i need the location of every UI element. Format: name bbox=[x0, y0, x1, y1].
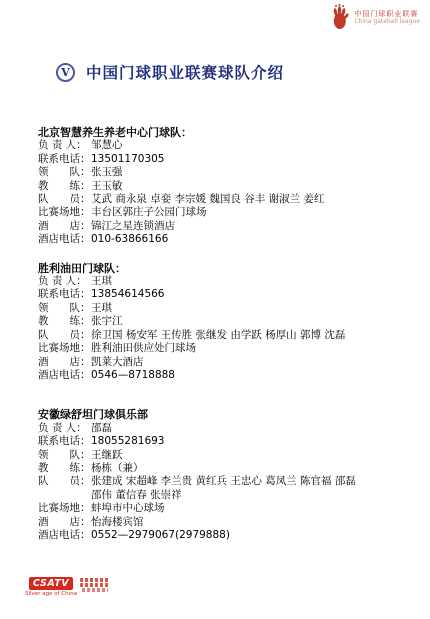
info-label: 酒店电话： bbox=[38, 369, 91, 382]
league-logo-en: China gateball league bbox=[354, 18, 420, 26]
team-section: 北京智慧养生养老中心门球队：负 责 人：邹慧心联系电话：13501170305领… bbox=[38, 126, 408, 247]
info-row: 领 队：张玉强 bbox=[38, 166, 408, 179]
team-section: 安徽绿舒坦门球俱乐部负 责 人：邵磊联系电话：18055281693领 队：王继… bbox=[38, 408, 408, 542]
info-label: 领 队： bbox=[38, 302, 91, 315]
info-value: 王玉敏 bbox=[91, 180, 408, 193]
info-row: 教 练：王玉敏 bbox=[38, 180, 408, 193]
info-value: 蚌埠市中心球场 bbox=[91, 502, 408, 515]
info-value: 张建成 宋超峰 李兰贵 黄红兵 王忠心 葛凤兰 陈官福 邵磊 邵伟 董信春 张崇… bbox=[91, 475, 408, 502]
info-label: 教 练： bbox=[38, 315, 91, 328]
info-value: 13854614566 bbox=[91, 288, 408, 301]
team-name: 北京智慧养生养老中心门球队： bbox=[38, 126, 408, 139]
info-value: 胜利油田供应处门球场 bbox=[91, 342, 408, 355]
info-row: 领 队：王琪 bbox=[38, 302, 408, 315]
info-value: 张宇江 bbox=[91, 315, 408, 328]
info-label: 队 员： bbox=[38, 193, 91, 206]
info-label: 比赛场地： bbox=[38, 502, 91, 515]
info-label: 联系电话： bbox=[38, 288, 91, 301]
info-row: 队 员：张建成 宋超峰 李兰贵 黄红兵 王忠心 葛凤兰 陈官福 邵磊 邵伟 董信… bbox=[38, 475, 408, 502]
team-section: 胜利油田门球队：负 责 人：王琪联系电话：13854614566领 队：王琪教 … bbox=[38, 262, 408, 383]
info-value: 0546—8718888 bbox=[91, 369, 408, 382]
info-value: 王继跃 bbox=[91, 449, 408, 462]
info-label: 队 员： bbox=[38, 329, 91, 342]
info-row: 队 员：艾武 商永泉 卓娈 李宗媛 魏国良 谷丰 谢淑兰 姜红 bbox=[38, 193, 408, 206]
info-row: 负 责 人：邵磊 bbox=[38, 422, 408, 435]
info-label: 比赛场地： bbox=[38, 342, 91, 355]
csatv-logo: CSATV Silver age of China bbox=[25, 577, 110, 598]
team-name: 安徽绿舒坦门球俱乐部 bbox=[38, 408, 408, 421]
league-logo-cn: 中国门球职业联赛 bbox=[354, 10, 420, 18]
info-row: 比赛场地：丰台区郭庄子公园门球场 bbox=[38, 206, 408, 219]
info-label: 比赛场地： bbox=[38, 206, 91, 219]
info-row: 联系电话：13854614566 bbox=[38, 288, 408, 301]
info-value: 张玉强 bbox=[91, 166, 408, 179]
info-value: 邵磊 bbox=[91, 422, 408, 435]
info-value: 王琪 bbox=[91, 302, 408, 315]
info-row: 酒店电话：0546—8718888 bbox=[38, 369, 408, 382]
info-label: 联系电话： bbox=[38, 153, 91, 166]
info-row: 领 队：王继跃 bbox=[38, 449, 408, 462]
team-name: 胜利油田门球队： bbox=[38, 262, 408, 275]
info-label: 酒 店： bbox=[38, 356, 91, 369]
info-value: 13501170305 bbox=[91, 153, 408, 166]
info-value: 18055281693 bbox=[91, 435, 408, 448]
info-label: 酒 店： bbox=[38, 516, 91, 529]
info-value: 杨栋（兼） bbox=[91, 462, 408, 475]
info-value: 艾武 商永泉 卓娈 李宗媛 魏国良 谷丰 谢淑兰 姜红 bbox=[91, 193, 408, 206]
league-logo: 中国门球职业联赛 China gateball league bbox=[330, 4, 420, 31]
info-row: 队 员：徐卫国 杨安军 王传胜 张继发 由学跃 杨厚山 郭博 沈磊 bbox=[38, 329, 408, 342]
info-row: 酒店电话：010-63866166 bbox=[38, 233, 408, 246]
csatv-tagline: Silver age of China bbox=[25, 591, 77, 598]
teams-list: 北京智慧养生养老中心门球队：负 责 人：邹慧心联系电话：13501170305领… bbox=[38, 126, 408, 557]
info-value: 王琪 bbox=[91, 275, 408, 288]
info-label: 教 练： bbox=[38, 462, 91, 475]
info-row: 负 责 人：王琪 bbox=[38, 275, 408, 288]
info-label: 负 责 人： bbox=[38, 275, 91, 288]
red-seal-graphic bbox=[80, 577, 110, 592]
info-label: 负 责 人： bbox=[38, 139, 91, 152]
csatv-wordmark: CSATV bbox=[29, 577, 73, 590]
info-label: 队 员： bbox=[38, 475, 91, 502]
info-row: 负 责 人：邹慧心 bbox=[38, 139, 408, 152]
page-title: 中国门球职业联赛球队介绍 bbox=[86, 61, 284, 83]
info-row: 教 练：张宇江 bbox=[38, 315, 408, 328]
info-row: 教 练：杨栋（兼） bbox=[38, 462, 408, 475]
info-value: 徐卫国 杨安军 王传胜 张继发 由学跃 杨厚山 郭博 沈磊 bbox=[91, 329, 408, 342]
info-row: 联系电话：18055281693 bbox=[38, 435, 408, 448]
red-handprint-icon bbox=[330, 4, 350, 31]
info-row: 比赛场地：蚌埠市中心球场 bbox=[38, 502, 408, 515]
info-label: 联系电话： bbox=[38, 435, 91, 448]
info-row: 比赛场地：胜利油田供应处门球场 bbox=[38, 342, 408, 355]
info-value: 邹慧心 bbox=[91, 139, 408, 152]
info-value: 锦江之星连锁酒店 bbox=[91, 220, 408, 233]
info-label: 教 练： bbox=[38, 180, 91, 193]
info-value: 怡海楼宾馆 bbox=[91, 516, 408, 529]
info-row: 联系电话：13501170305 bbox=[38, 153, 408, 166]
info-label: 领 队： bbox=[38, 166, 91, 179]
page-title-row: V 中国门球职业联赛球队介绍 bbox=[56, 61, 284, 83]
info-row: 酒店电话：0552—2979067(2979888) bbox=[38, 529, 408, 542]
info-row: 酒 店：锦江之星连锁酒店 bbox=[38, 220, 408, 233]
info-value: 010-63866166 bbox=[91, 233, 408, 246]
info-value: 凯莱大酒店 bbox=[91, 356, 408, 369]
info-row: 酒 店：怡海楼宾馆 bbox=[38, 516, 408, 529]
info-label: 领 队： bbox=[38, 449, 91, 462]
info-label: 酒店电话： bbox=[38, 529, 91, 542]
info-label: 酒 店： bbox=[38, 220, 91, 233]
info-row: 酒 店：凯莱大酒店 bbox=[38, 356, 408, 369]
info-label: 酒店电话： bbox=[38, 233, 91, 246]
info-value: 0552—2979067(2979888) bbox=[91, 529, 408, 542]
circled-v-icon: V bbox=[56, 63, 75, 82]
info-label: 负 责 人： bbox=[38, 422, 91, 435]
info-value: 丰台区郭庄子公园门球场 bbox=[91, 206, 408, 219]
